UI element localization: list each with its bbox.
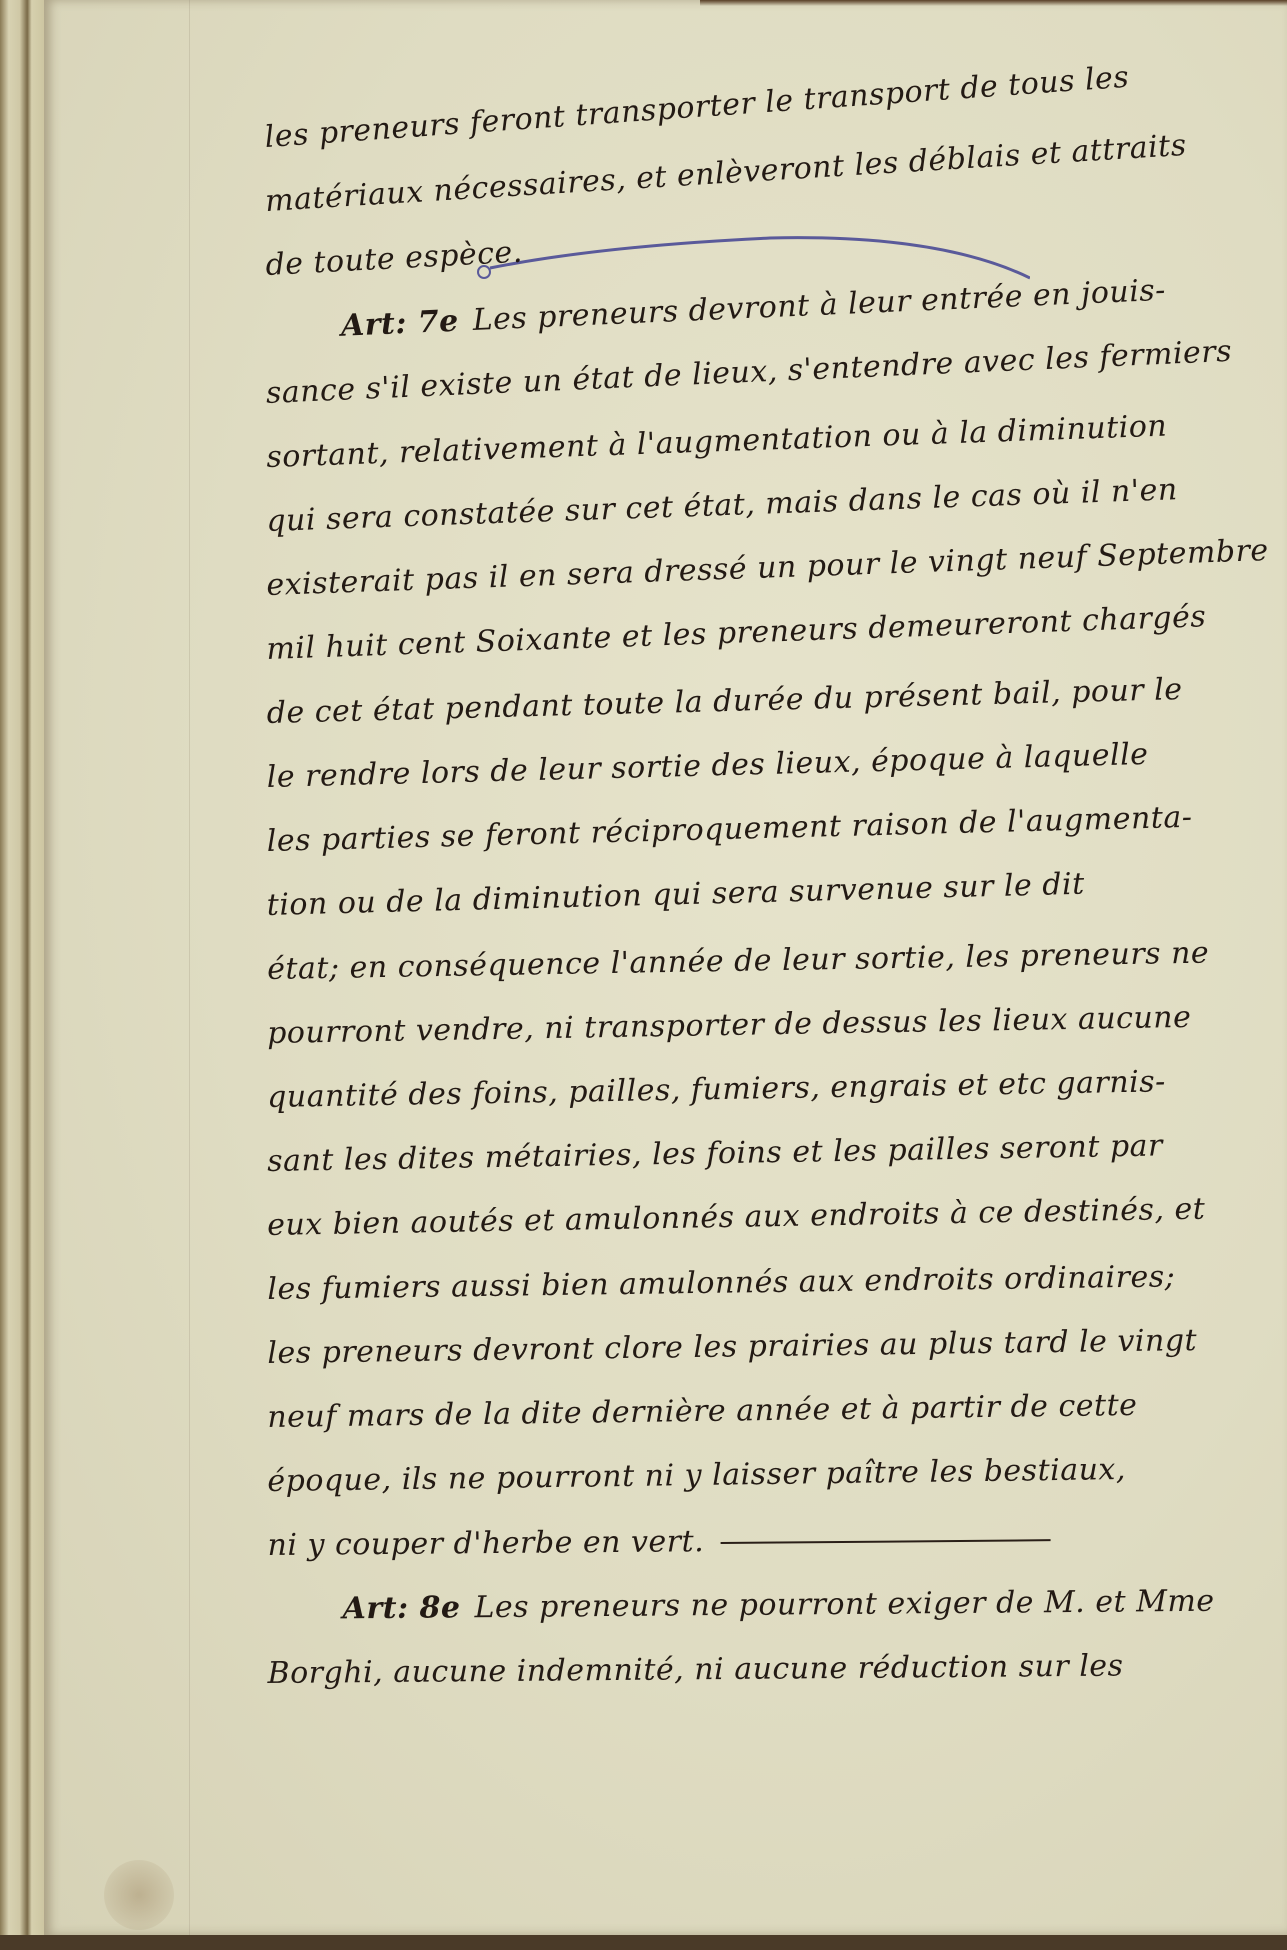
text-line: époque, ils ne pourront ni y laisser paî… xyxy=(267,1450,1268,1528)
article-number: Art: 8e xyxy=(342,1590,460,1626)
bottom-binding-edge xyxy=(0,1935,1287,1950)
paper-stain xyxy=(104,1860,174,1930)
article-8-heading-line: Art: 8eLes preneurs ne pourront exiger d… xyxy=(267,1583,1268,1656)
line-filler-rule xyxy=(720,1539,1050,1544)
article-number: Art: 7e xyxy=(340,304,459,344)
margin-rule xyxy=(189,0,190,1935)
text-line: ni y couper d'herbe en vert. xyxy=(267,1519,1268,1592)
top-page-shadow xyxy=(700,0,1287,6)
book-binding-edge xyxy=(0,0,44,1950)
manuscript-text: les preneurs feront transporter le trans… xyxy=(268,120,1268,1720)
text-line: Borghi, aucune indemnité, ni aucune rédu… xyxy=(267,1647,1268,1720)
